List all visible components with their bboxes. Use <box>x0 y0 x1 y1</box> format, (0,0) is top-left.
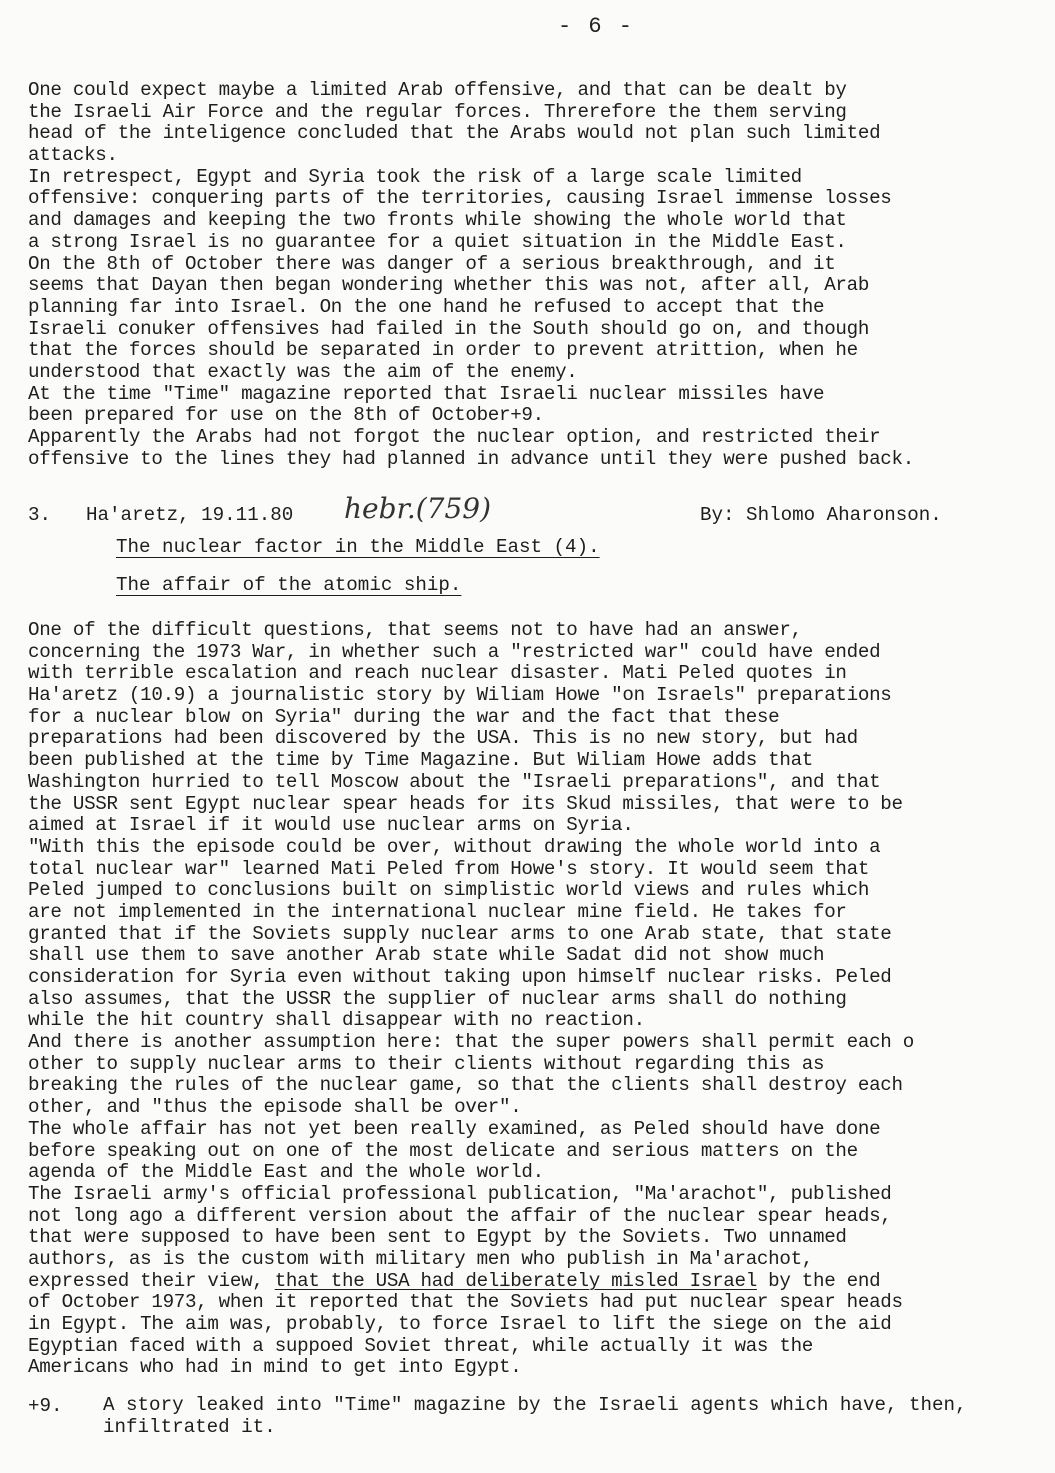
text-line: not long ago a different version about t… <box>28 1206 914 1228</box>
text-line: On the 8th of October there was danger o… <box>28 254 914 276</box>
text-line: other to supply nuclear arms to their cl… <box>28 1054 914 1076</box>
footnote-text: A story leaked into "Time" magazine by t… <box>103 1395 967 1438</box>
text-line: been prepared for use on the 8th of Octo… <box>28 405 914 427</box>
text-line: while the hit country shall disappear wi… <box>28 1010 914 1032</box>
text-line: other, and "thus the episode shall be ov… <box>28 1097 914 1119</box>
text-line: been published at the time by Time Magaz… <box>28 750 914 772</box>
text-line: concerning the 1973 War, in whether such… <box>28 642 914 664</box>
text-line: One could expect maybe a limited Arab of… <box>28 80 914 102</box>
text-line: The Israeli army's official professional… <box>28 1184 914 1206</box>
text-line: and damages and keeping the two fronts w… <box>28 210 914 232</box>
underlined-phrase: that the USA had deliberately misled Isr… <box>275 1270 757 1292</box>
text-line: planning far into Israel. On the one han… <box>28 297 914 319</box>
byline: By: Shlomo Aharonson. <box>700 504 942 526</box>
text-line: Apparently the Arabs had not forgot the … <box>28 427 914 449</box>
text-line: that were supposed to have been sent to … <box>28 1227 914 1249</box>
text-line: in Egypt. The aim was, probably, to forc… <box>28 1314 914 1336</box>
text-line: attacks. <box>28 145 914 167</box>
text-line: for a nuclear blow on Syria" during the … <box>28 707 914 729</box>
text-line: before speaking out on one of the most d… <box>28 1141 914 1163</box>
text-line: that the forces should be separated in o… <box>28 340 914 362</box>
text-line: seems that Dayan then began wondering wh… <box>28 275 914 297</box>
source-newspaper: Ha'aretz, 19.11.80 <box>86 504 293 526</box>
text-line: Egyptian faced with a suppoed Soviet thr… <box>28 1336 914 1358</box>
text-line: "With this the episode could be over, wi… <box>28 837 914 859</box>
text-line: Ha'aretz (10.9) a journalistic story by … <box>28 685 914 707</box>
text-line: are not implemented in the international… <box>28 902 914 924</box>
source-citation: 3. Ha'aretz, 19.11.80 hebr.(759) By: Shl… <box>28 500 1028 530</box>
text-line: granted that if the Soviets supply nucle… <box>28 924 914 946</box>
handwritten-note: hebr.(759) <box>344 492 491 525</box>
article-subtitle: The affair of the atomic ship. <box>116 574 461 596</box>
text-line: In retrespect, Egypt and Syria took the … <box>28 167 914 189</box>
source-number: 3. <box>28 504 51 526</box>
text-line: shall use them to save another Arab stat… <box>28 945 914 967</box>
text-line: agenda of the Middle East and the whole … <box>28 1162 914 1184</box>
article-body: One of the difficult questions, that see… <box>28 620 914 1379</box>
text-line: offensive to the lines they had planned … <box>28 449 914 471</box>
text-line: One of the difficult questions, that see… <box>28 620 914 642</box>
text-line: Peled jumped to conclusions built on sim… <box>28 880 914 902</box>
text-line: the Israeli Air Force and the regular fo… <box>28 102 914 124</box>
text-line: At the time "Time" magazine reported tha… <box>28 384 914 406</box>
text-line: infiltrated it. <box>103 1417 967 1439</box>
article-title: The nuclear factor in the Middle East (4… <box>116 536 600 558</box>
text-line: expressed their view, that the USA had d… <box>28 1271 914 1293</box>
text-line: a strong Israel is no guarantee for a qu… <box>28 232 914 254</box>
text-line: head of the inteligence concluded that t… <box>28 123 914 145</box>
text-line: offensive: conquering parts of the terri… <box>28 188 914 210</box>
text-line: And there is another assumption here: th… <box>28 1032 914 1054</box>
text-line: A story leaked into "Time" magazine by t… <box>103 1395 967 1417</box>
text-line: with terrible escalation and reach nucle… <box>28 663 914 685</box>
text-line: also assumes, that the USSR the supplier… <box>28 989 914 1011</box>
text-line: breaking the rules of the nuclear game, … <box>28 1075 914 1097</box>
footnote-marker: +9. <box>28 1395 63 1417</box>
text-line: the USSR sent Egypt nuclear spear heads … <box>28 794 914 816</box>
text-line: Americans who had in mind to get into Eg… <box>28 1357 914 1379</box>
text-line: of October 1973, when it reported that t… <box>28 1292 914 1314</box>
text-line: aimed at Israel if it would use nuclear … <box>28 815 914 837</box>
text-line: consideration for Syria even without tak… <box>28 967 914 989</box>
intro-paragraph: One could expect maybe a limited Arab of… <box>28 80 914 470</box>
page-number: - 6 - <box>558 14 634 39</box>
text-line: authors, as is the custom with military … <box>28 1249 914 1271</box>
text-line: Washington hurried to tell Moscow about … <box>28 772 914 794</box>
text-line: understood that exactly was the aim of t… <box>28 362 914 384</box>
text-line: preparations had been discovered by the … <box>28 728 914 750</box>
text-line: The whole affair has not yet been really… <box>28 1119 914 1141</box>
text-line: total nuclear war" learned Mati Peled fr… <box>28 859 914 881</box>
text-line: Israeli conuker offensives had failed in… <box>28 319 914 341</box>
